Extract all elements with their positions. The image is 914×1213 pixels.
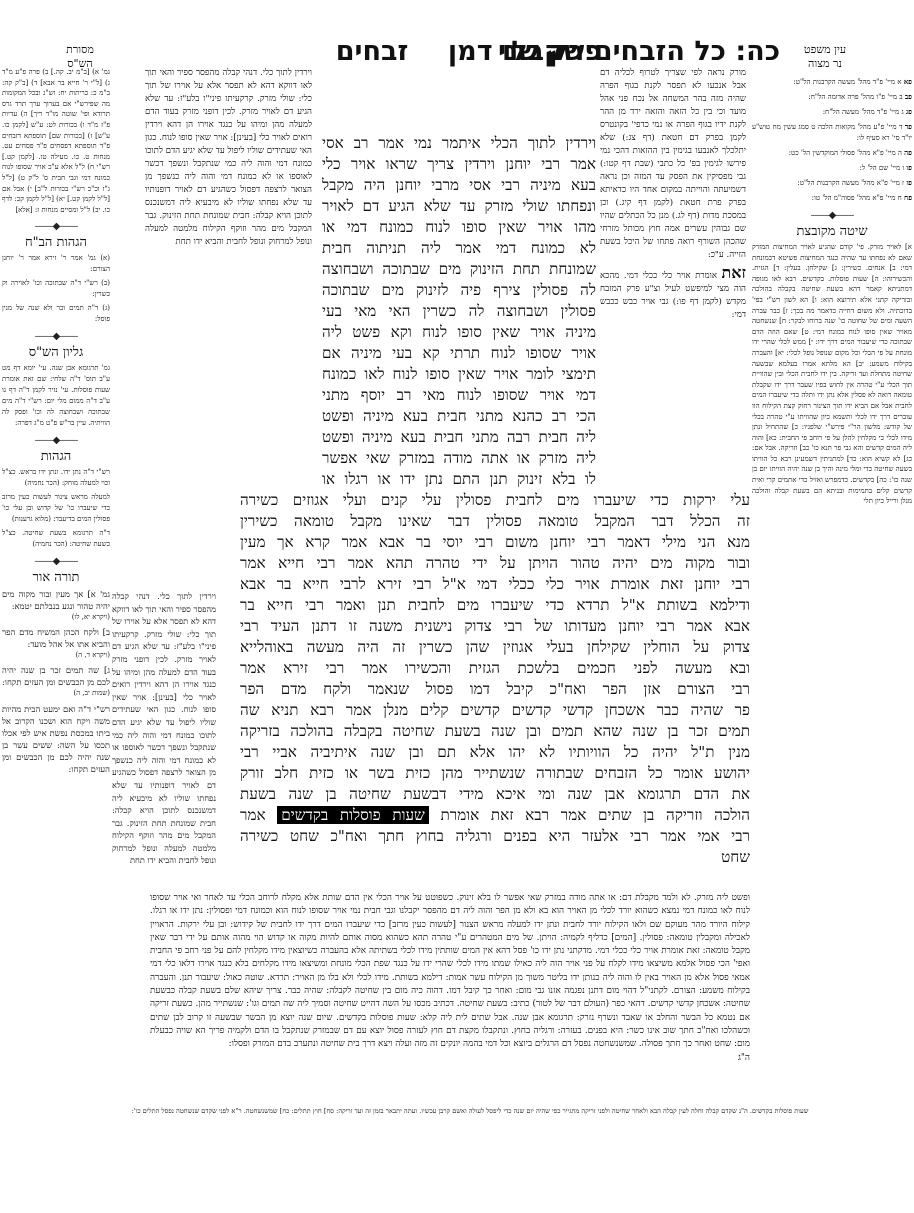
- daf-number: כה:: [735, 36, 780, 67]
- ein-mishpat-entry: פה ה מיי' פ"א מהל' פסולי המוקדשין הל' כט…: [752, 147, 912, 159]
- bach-entry: (ג) ד"ה תמים וכר ולא שנה של מנין פוסל:: [2, 303, 110, 325]
- gemara-line: ובור מקוה מים יהיה טהור הויתן על ידי טהר…: [240, 553, 750, 574]
- gemara-text: הולכה וזריקה בן שתים אמר רבא זאת אומרת: [441, 806, 751, 824]
- commentary-end: ה"ג: [150, 1052, 750, 1062]
- gemara-line: תימצי לומר אויר שאין סופו לנוח לאו כמונח: [322, 364, 596, 385]
- ein-mishpat-list: פא א מיי' פ"ד מהל' מעשה הקרבנות הל"ט: פב…: [752, 76, 912, 204]
- gemara-line: מנא הני מילי דאמר רבי יוחנן משום רבי יוס…: [240, 532, 750, 553]
- highlighted-selection[interactable]: שעות פוסלות בקדשים: [277, 806, 429, 824]
- header-label: נר מצוה: [790, 57, 860, 71]
- ein-mishpat-entry: פב ב מיי' פ"ו מהל' פרה אדומה הל"ח:: [752, 91, 912, 103]
- gemara-line: מהו אויר שאין סופו לנוח כמונח דמי או: [322, 217, 596, 238]
- ein-mishpat-entry: פו ו מיי' שם הל' ל:: [752, 162, 912, 174]
- gemara-line: עלי ירקות כדי שיעברו מים לחבית פסולין על…: [240, 490, 750, 511]
- gemara-line: ונפחתו שולי מזרק עד שלא הגיע דם לאויר: [322, 196, 596, 217]
- hagahot-habach-list: (א) גמ' אמר ר' זירא אמר ר' יוחנן הצורם: …: [2, 253, 110, 325]
- gemara-line: צדוק על הוחלין שקילחן בעלי אגוזין שהן כש…: [240, 637, 750, 658]
- gilyon-hashas-title: גליון הש"ס: [2, 344, 110, 360]
- gemara-line-with-highlight: הולכה וזריקה בן שתים אמר רבא זאת אומרת ש…: [240, 805, 750, 826]
- tosafot-text: וירדין לתוך כלי. דנהי קבלה מהפסר ספיר וה…: [145, 67, 312, 249]
- ornament-divider: ——◆——: [2, 435, 110, 446]
- gemara-line: וירדין לתוך הכלי איתמר נמי אמר רב אסי: [322, 133, 596, 154]
- hagahot-habach-title: הגהות הב"ח: [2, 234, 110, 250]
- hagahot-list: רש"י ד"ה נתן ידו. ונתן ידו בראש. כצ"ל וכ…: [2, 467, 110, 550]
- gemara-line: דמי אויר שסופו לנוח מאי רב יוסף מתני: [322, 385, 596, 406]
- gemara-line: את הדם תרגומא אבן שנה ומי איכא מידי דבשע…: [240, 784, 750, 805]
- rashi-commentary-top: מורק נראה לפי שצריך לטרוף לכליה דם אבל א…: [600, 67, 746, 392]
- header-label: עין משפט: [790, 43, 860, 57]
- torah-or-extra: רש"י ד"ה ואם ימעט הבית מהיות משה ויקח הו…: [2, 703, 110, 775]
- tosafot-continuation: וירדין לתוך כלי. דנהי קבלה מהפסר ספיר וה…: [112, 590, 216, 890]
- daf-header: כה: כל הזבחים שקבלו דמן: [520, 36, 780, 67]
- torah-or-entry: ב] ולקח הכהן המשיח מדם הפר והביא אתו אל …: [2, 626, 110, 661]
- gemara-line: לו בלא זינוק תנן התם נתן ידו או רגלו או: [322, 469, 596, 490]
- gemara-line: שמונחת תחת הזינוק מים שבתוכה ושבחוצה: [322, 259, 596, 280]
- left-margin: גמ' א) [ב"מ יב. קה.] ב) פרה פ"ע מ"ד ג) […: [2, 67, 110, 1107]
- gemara-line: ליה מזרק או אתה מודה במזרק שאי אפשר: [322, 448, 596, 469]
- ein-mishpat-entry: פג ג מיי' פ"ד מהל' מעשה הל"ח:: [752, 106, 912, 118]
- gemara-line: ובא מעשה לפני חכמים בלשכת הגזית והכשירו …: [240, 658, 750, 679]
- shita-mekubetzet-text: א] לאויר מזרק. פי' קודם שהגיע לאויר המחי…: [752, 242, 912, 507]
- tractate-title: זבחים: [272, 36, 472, 67]
- ornament-divider: ——◆——: [2, 556, 110, 567]
- commentary-text: ופשט ליה מזרק. לא ולמד מקבלת דם: או אתה …: [150, 893, 750, 1049]
- torah-or-entry: גמ' א] אך מעין ובור מקוה מים יהיה טהור ו…: [2, 588, 110, 623]
- gemara-main-text: וירדין לתוך הכלי איתמר נמי אמר רב אסי אמ…: [322, 133, 596, 490]
- shita-mekubetzet-title: שיטה מקובצת: [752, 223, 912, 239]
- torah-or-title: תורה אור: [2, 569, 110, 585]
- gemara-line: פר שהיה כבר אשכחן קדשי קדשים קדשים קלים …: [240, 700, 750, 721]
- ein-mishpat-entry: פז ז מיי' פ"א מהל' מעשה הקרבנות הל"ט:: [752, 177, 912, 189]
- gemara-line: פסולין ושבחוצה לה כשרין האי מאי בעי: [322, 301, 596, 322]
- ein-mishpat-entry: פד ד מיי' פ"ע מהל' מקואות הלכה ט סמג עשי…: [752, 121, 912, 144]
- tosafot-text: וירדין לתוך כלי. דנהי קבלה מהפסר ספיר וה…: [112, 591, 216, 865]
- gemara-line: בעא מיניה רבי אסי מרבי יוחנן היה מקבל: [322, 175, 596, 196]
- gemara-line: רבי הצורם אזן הפר ואח"כ קיבל דמו פסול שנ…: [240, 679, 750, 700]
- gemara-line: לא כמונח דמי אמר ליה תניתוה חבית: [322, 238, 596, 259]
- right-margin: פא א מיי' פ"ד מהל' מעשה הקרבנות הל"ט: פב…: [752, 76, 912, 1126]
- ornament-divider: ——◆——: [752, 210, 912, 221]
- hagahot-entry: למעלה מראש צינור לעשות כעין מרזב כדי שיע…: [2, 492, 110, 525]
- torah-or-list: גמ' א] אך מעין ובור מקוה מים יהיה טהור ו…: [2, 588, 110, 699]
- hagahot-entry: רש"י ד"ה נתן ידו. ונתן ידו בראש. כצ"ל וכ…: [2, 467, 110, 489]
- gemara-line: שחט: [240, 847, 750, 868]
- gemara-line: מיניה אויר שאין סופו לנוח וקא פשט ליה: [322, 322, 596, 343]
- tosafot-dibur: זאת אומרת אויר כלי ככלי דמי. מהכא הוה מצ…: [600, 266, 746, 322]
- gemara-line: אויר שסופו לנוח תרתי קא בעי מיניה אם: [322, 343, 596, 364]
- ornament-divider: ——◆——: [2, 331, 110, 342]
- gemara-line: אמר רבי יוחנן וירדין צריך שראו אויר כלי: [322, 154, 596, 175]
- torah-or-entry: ג] שה תמים זכר בן שנה יהיה לכם מן הכבשים…: [2, 664, 110, 699]
- bach-entry: (ב) רש"י ד"ה שבתוכה וכו' לאוירה וק כשרין…: [2, 278, 110, 300]
- gemara-line: ליה חבית רבה מתני חבית בעא מיניה ופשט: [322, 427, 596, 448]
- ornament-divider: ——◆——: [2, 221, 110, 232]
- hagahot-title: הגהות: [2, 448, 110, 464]
- gemara-line: זה הכלל דבר המקבל טומאה פסולין דבר שאינו…: [240, 511, 750, 532]
- rashi-text: מורק נראה לפי שצריך לטרוף לכליה דם אבל א…: [600, 67, 746, 262]
- gemara-line: רבי יוחנן זאת אומרת אויר כלי ככלי דמי א"…: [240, 574, 750, 595]
- gemara-text: אמר: [240, 806, 266, 824]
- gemara-line: יהושע אומר כל הזבחים שבתורה שנשתייר מהן …: [240, 763, 750, 784]
- chapter-title: כל הזבחים שקבלו דמן: [448, 36, 726, 67]
- footer-note: שעות פוסלות בקדשים. ה"נ שקדם קבלה וחלה ל…: [40, 1106, 900, 1116]
- ein-mishpat-entry: פח ח מיי' פ"א מהל' פסוה"מ הל' טו:: [752, 192, 912, 204]
- gemara-line: לה פסולין צירף פיה לזינוק מים שבתוכה: [322, 280, 596, 301]
- gemara-main-text-wide: עלי ירקות כדי שיעברו מים לחבית פסולין על…: [240, 490, 750, 868]
- gemara-line: תמים זכר בן שנה שהא תמים ובן שנה בשעת שח…: [240, 721, 750, 742]
- commentary-bottom: ופשט ליה מזרק. לא ולמד מקבלת דם: או אתה …: [150, 892, 750, 1062]
- gemara-line: ודילמא בשותת א"ל תרדא כדי שיעברו מים לחב…: [240, 595, 750, 616]
- gemara-line: רבי אמי אמר רבי אלעזר היא בפנים ורגליה ב…: [240, 826, 750, 847]
- hagahot-entry: ד"ה תרגומא בשעת שחיטה. כצ"ל כשעת שחיטה: …: [2, 528, 110, 550]
- bach-entry: (א) גמ' אמר ר' זירא אמר ר' יוחנן הצורם:: [2, 253, 110, 275]
- ein-mishpat-entry: פא א מיי' פ"ד מהל' מעשה הקרבנות הל"ט:: [752, 76, 912, 88]
- ein-mishpat-header: עין משפט נר מצוה: [790, 43, 860, 71]
- gemara-line: מנין ת"ל יהיה כל הוויותיו לא יהו אלא תם …: [240, 742, 750, 763]
- gemara-line: הכי רב כהנא מתני חבית בעא מיניה ופשט: [322, 406, 596, 427]
- dibur-hamatchil: זאת: [722, 263, 747, 282]
- header-label: מסורת: [40, 43, 120, 57]
- gilyon-hashas-text: גמ' תרגומא אבן שנה. עי' יומא דף מט ע"ב ת…: [2, 363, 110, 429]
- mesoret-hashas-text: גמ' א) [ב"מ יב. קה.] ב) פרה פ"ע מ"ד ג) […: [2, 67, 110, 215]
- gemara-line: אבא אמר רבי יוחנן מעדותו של רבי צדוק ניש…: [240, 616, 750, 637]
